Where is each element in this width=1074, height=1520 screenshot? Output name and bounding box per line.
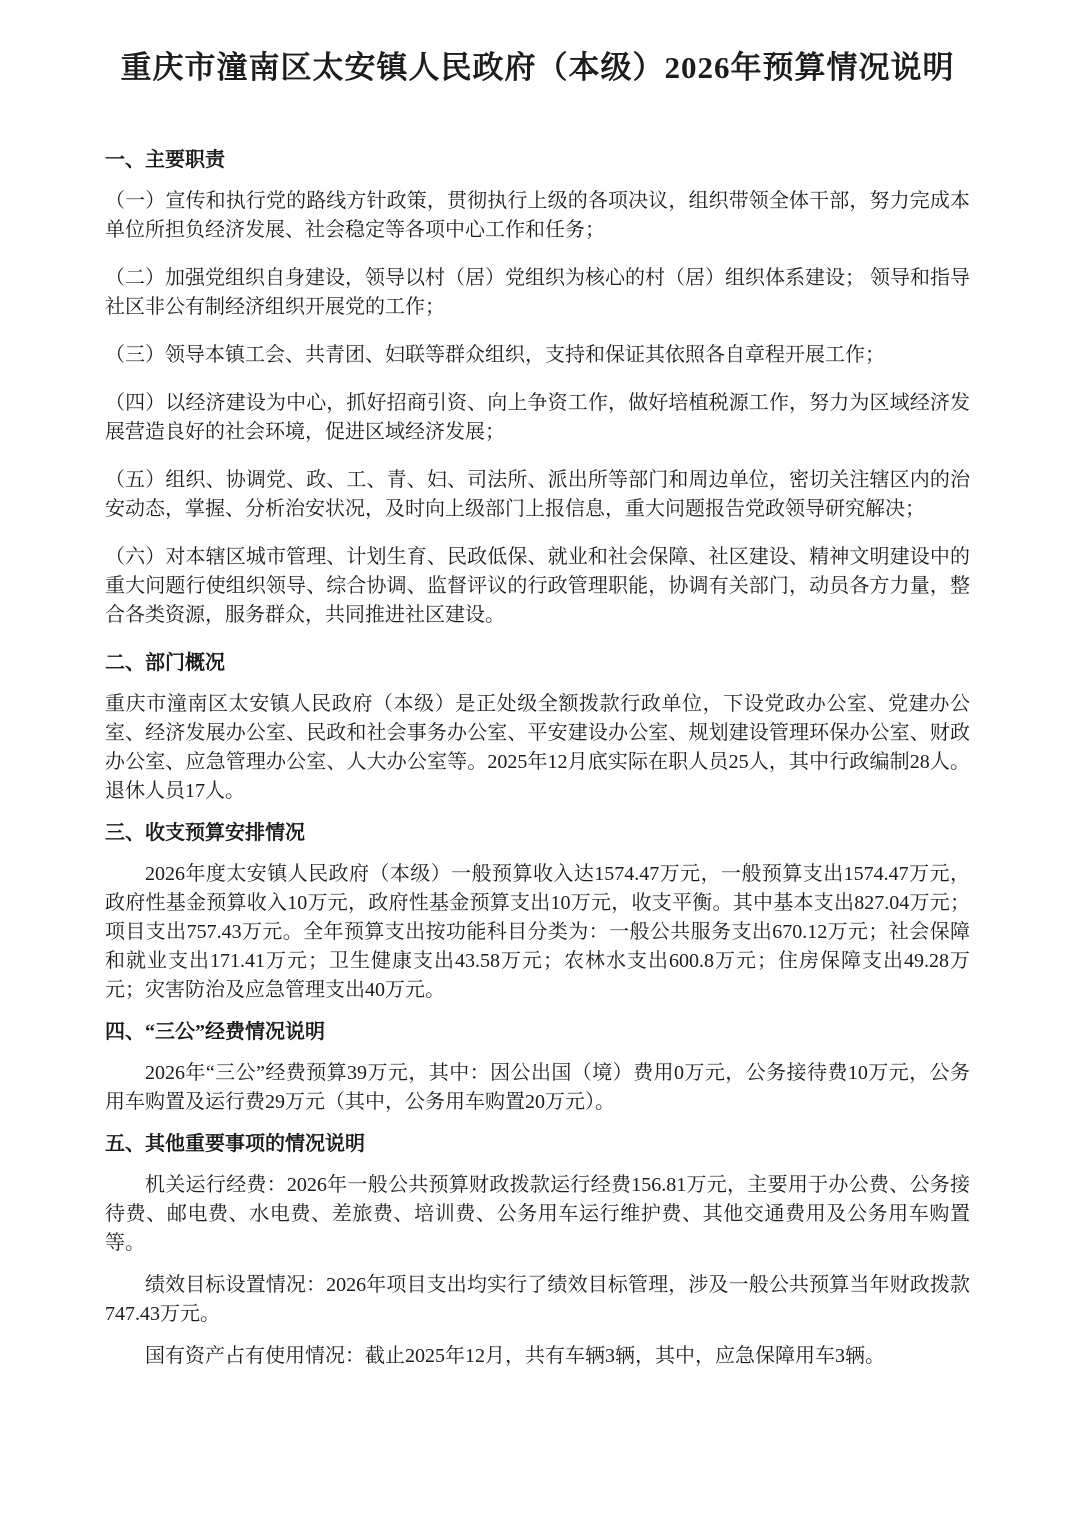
paragraph: （一）宣传和执行党的路线方针政策，贯彻执行上级的各项决议，组织带领全体干部，努力… bbox=[105, 187, 970, 245]
paragraph: （三）领导本镇工会、共青团、妇联等群众组织，支持和保证其依照各自章程开展工作； bbox=[105, 341, 970, 370]
document-page: 重庆市潼南区太安镇人民政府（本级）2026年预算情况说明 一、主要职责 （一）宣… bbox=[0, 0, 1074, 1520]
paragraph: 2026年度太安镇人民政府（本级）一般预算收入达1574.47万元，一般预算支出… bbox=[105, 860, 970, 1005]
paragraph: （四）以经济建设为中心，抓好招商引资、向上争资工作，做好培植税源工作，努力为区域… bbox=[105, 389, 970, 447]
section-heading: 五、其他重要事项的情况说明 bbox=[105, 1130, 970, 1159]
paragraph: 机关运行经费：2026年一般公共预算财政拨款运行经费156.81万元，主要用于办… bbox=[105, 1171, 970, 1258]
section-heading: 三、收支预算安排情况 bbox=[105, 819, 970, 848]
section-heading: 四、“三公”经费情况说明 bbox=[105, 1018, 970, 1047]
paragraph: 重庆市潼南区太安镇人民政府（本级）是正处级全额拨款行政单位，下设党政办公室、党建… bbox=[105, 690, 970, 806]
section-main-duties: 一、主要职责 （一）宣传和执行党的路线方针政策，贯彻执行上级的各项决议，组织带领… bbox=[105, 146, 970, 630]
paragraph: 2026年“三公”经费预算39万元，其中：因公出国（境）费用0万元，公务接待费1… bbox=[105, 1059, 970, 1117]
section-department-overview: 二、部门概况 重庆市潼南区太安镇人民政府（本级）是正处级全额拨款行政单位，下设党… bbox=[105, 649, 970, 806]
paragraph: （五）组织、协调党、政、工、青、妇、司法所、派出所等部门和周边单位，密切关注辖区… bbox=[105, 466, 970, 524]
section-heading: 一、主要职责 bbox=[105, 146, 970, 175]
section-budget-arrangement: 三、收支预算安排情况 2026年度太安镇人民政府（本级）一般预算收入达1574.… bbox=[105, 819, 970, 1005]
paragraph: （二）加强党组织自身建设，领导以村（居）党组织为核心的村（居）组织体系建设； 领… bbox=[105, 264, 970, 322]
document-title: 重庆市潼南区太安镇人民政府（本级）2026年预算情况说明 bbox=[105, 46, 970, 90]
paragraph: （六）对本辖区城市管理、计划生育、民政低保、就业和社会保障、社区建设、精神文明建… bbox=[105, 543, 970, 630]
section-heading: 二、部门概况 bbox=[105, 649, 970, 678]
section-other-important-matters: 五、其他重要事项的情况说明 机关运行经费：2026年一般公共预算财政拨款运行经费… bbox=[105, 1130, 970, 1371]
paragraph: 国有资产占有使用情况：截止2025年12月，共有车辆3辆，其中，应急保障用车3辆… bbox=[105, 1342, 970, 1371]
section-three-public-expenses: 四、“三公”经费情况说明 2026年“三公”经费预算39万元，其中：因公出国（境… bbox=[105, 1018, 970, 1117]
paragraph: 绩效目标设置情况：2026年项目支出均实行了绩效目标管理，涉及一般公共预算当年财… bbox=[105, 1271, 970, 1329]
